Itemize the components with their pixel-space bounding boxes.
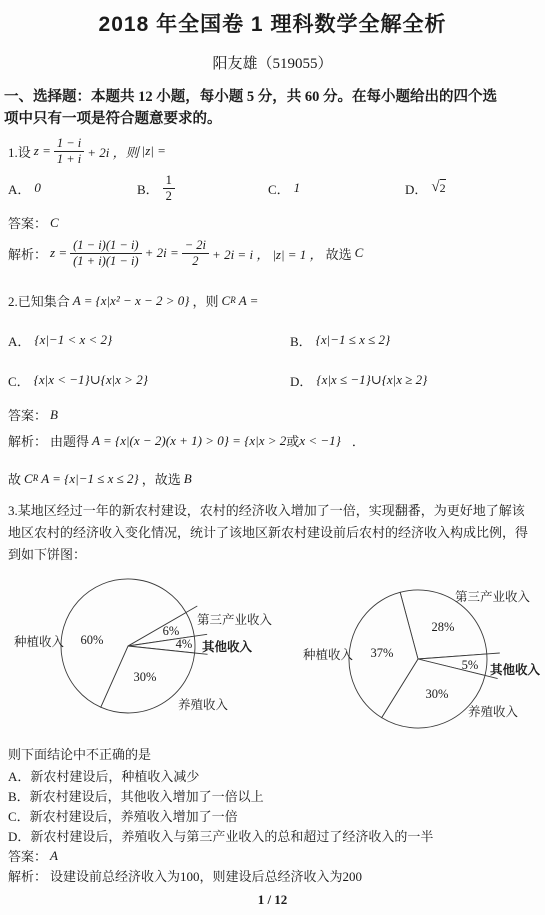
q2-exp-set1: A = {x|(x − 2)(x + 1) > 0} = {x|x > 2: [92, 433, 286, 449]
q2-exp-period: ．: [352, 431, 365, 450]
q2-exp2-set: A = {x|−1 ≤ x ≤ 2}: [41, 471, 139, 487]
pie-charts-figure: 种植收入 60% 6% 4% 30% 第三产业收入 其他收入 养殖收入 第三产业…: [0, 568, 545, 768]
q1-option-c: C． 1: [268, 168, 304, 208]
pie1-pct-planting: 60%: [81, 633, 104, 648]
q3-line3-text: 到如下饼图：: [8, 544, 86, 563]
leader-line: [186, 606, 197, 613]
q1-option-a-label: A．: [8, 179, 30, 198]
q1-options: A． 0 B． 1 2 C． 1 D． √ 2: [0, 168, 545, 208]
q1-option-b-den: 2: [163, 188, 175, 204]
pie1-label-tertiary: 第三产业收入: [197, 610, 272, 628]
q2-explanation-2: 故 CR A = {x|−1 ≤ x ≤ 2} ，故选 B: [8, 469, 195, 488]
q2-exp-pre: 由题得: [50, 431, 89, 450]
q1-fraction-den: 1 + i: [54, 151, 84, 167]
q2-option-d-value: {x|x ≤ −1}∪{x|x ≥ 2}: [316, 372, 427, 388]
q2-options-ab: A． {x|−1 < x < 2} B． {x|−1 ≤ x ≤ 2}: [0, 327, 545, 353]
q1-option-c-label: C．: [268, 179, 290, 198]
q2-option-a-value: {x|−1 < x < 2}: [34, 332, 112, 348]
pie1-label-breeding: 养殖收入: [178, 695, 228, 713]
leader-line: [487, 653, 500, 654]
q2-option-b-value: {x|−1 ≤ x ≤ 2}: [316, 332, 391, 348]
q1-exp-f1-den: (1 + i)(1 − i): [70, 253, 141, 269]
q2-options-cd: C． {x|x < −1}∪{x|x > 2} D． {x|x ≤ −1}∪{x…: [0, 367, 545, 393]
q3-line1-text: 3.某地区经过一年的新农村建设，农村的经济收入增加了一倍，实现翻番，为更好地了解…: [8, 500, 525, 519]
q1-option-d: D． √ 2: [405, 168, 450, 208]
q2-option-d-label: D．: [290, 371, 312, 390]
q1-exp-mid1: + 2i =: [145, 245, 179, 261]
q3-stem-line3: 到如下饼图：: [8, 544, 89, 563]
q1-option-b: B． 1 2: [137, 168, 179, 208]
q3-option-c-text: C．新农村建设后，养殖收入增加了一倍: [8, 806, 238, 825]
pie1-label-planting: 种植收入: [14, 632, 64, 650]
q1-exp-z: z =: [50, 245, 67, 261]
q1-explanation: 解析： z = (1 − i)(1 − i) (1 + i)(1 − i) + …: [8, 231, 366, 275]
q2-option-a: A． {x|−1 < x < 2}: [8, 327, 116, 353]
q2-option-d: D． {x|x ≤ −1}∪{x|x ≥ 2}: [290, 367, 431, 393]
q3-answer-value: A: [50, 848, 58, 864]
q2-stem-then: ，则: [193, 291, 219, 310]
page-title: 2018 年全国卷 1 理科数学全解全析: [0, 8, 545, 38]
q3-conclusion-text: 则下面结论中不正确的是: [8, 744, 151, 763]
q3-explanation-label: 解析：: [8, 866, 47, 885]
q3-explanation-text: 设建设前总经济收入为100，则建设后总经济收入为200: [50, 866, 362, 885]
q2-stem: 2.已知集合 A = {x|x² − x − 2 > 0} ，则 CR A =: [8, 291, 261, 310]
q3-line2-text: 地区农村的经济收入变化情况，统计了该地区新农村建设前后农村的经济收入构成比例，得: [8, 522, 528, 541]
q2-option-b-label: B．: [290, 331, 312, 350]
section-instructions: 一、选择题：本题共 12 小题，每小题 5 分，共 60 分。在每小题给出的四个…: [4, 86, 542, 130]
author-line: 阳友雄（519055）: [0, 52, 545, 73]
q1-exp-f2-den: 2: [182, 253, 209, 269]
q2-answer-label: 答案：: [8, 405, 47, 424]
q1-exp-tail: 故选: [326, 244, 352, 263]
q1-option-d-label: D．: [405, 179, 427, 198]
q2-answer-line: 答案： B: [8, 405, 61, 424]
q1-stem-mid: + 2i ，则: [87, 142, 138, 161]
q3-option-a-text: A．新农村建设后，种植收入减少: [8, 766, 199, 785]
q2-explanation-1: 解析： 由题得 A = {x|(x − 2)(x + 1) > 0} = {x|…: [8, 431, 368, 450]
q1-option-d-radical: √ 2: [431, 179, 445, 196]
q1-exp-abs: |z| = 1 ，: [272, 244, 322, 263]
q2-option-a-label: A．: [8, 331, 30, 350]
q1-stem-prefix: 1.设: [8, 142, 31, 161]
q2-exp2-mid: ，故选: [142, 469, 181, 488]
page-number: 1 / 12: [0, 892, 545, 908]
q2-option-c: C． {x|x < −1}∪{x|x > 2}: [8, 367, 152, 393]
q1-option-a: A． 0: [8, 168, 45, 208]
pie2-label-planting: 种植收入: [303, 645, 353, 663]
section-line2: 项中只有一项是符合题意要求的。: [4, 111, 222, 127]
pie1-pct-other: 4%: [176, 637, 193, 652]
q2-exp2-sub: R: [33, 474, 39, 483]
radicand: 2: [440, 179, 446, 196]
q2-option-c-value: {x|x < −1}∪{x|x > 2}: [34, 372, 148, 388]
q2-explanation-label: 解析：: [8, 431, 47, 450]
q3-answer-line: 答案： A: [8, 846, 61, 865]
q1-answer-value: C: [50, 215, 59, 231]
q2-exp2-pre: 故: [8, 469, 21, 488]
q3-option-b: B．新农村建设后，其他收入增加了一倍以上: [8, 786, 267, 805]
q2-complement-c: C: [222, 293, 231, 309]
q2-exp2-answer: B: [184, 471, 192, 487]
pie1-label-other: 其他收入: [202, 637, 252, 655]
q1-exp-f2-num: − 2i: [182, 238, 209, 253]
q1-option-b-label: B．: [137, 179, 159, 198]
pie2-label-tertiary: 第三产业收入: [455, 587, 530, 605]
q2-answer-value: B: [50, 407, 58, 423]
pie2-pct-other: 5%: [462, 658, 479, 673]
q2-option-b: B． {x|−1 ≤ x ≤ 2}: [290, 327, 394, 353]
q2-complement-sub: R: [230, 296, 236, 305]
q3-stem-line2: 地区农村的经济收入变化情况，统计了该地区新农村建设前后农村的经济收入构成比例，得: [8, 522, 531, 541]
q1-answer-line: 答案： C: [8, 213, 62, 232]
q2-exp2-c: C: [24, 471, 33, 487]
q2-exp-or: 或: [286, 431, 299, 450]
q3-conclusion: 则下面结论中不正确的是: [8, 744, 154, 763]
q1-exp-f1-num: (1 − i)(1 − i): [70, 238, 141, 253]
q1-stem: 1.设 z = 1 − i 1 + i + 2i ，则 |z| =: [8, 132, 169, 170]
pie2-pct-tertiary: 28%: [432, 620, 455, 635]
q2-option-c-label: C．: [8, 371, 30, 390]
q3-explanation: 解析： 设建设前总经济收入为100，则建设后总经济收入为200: [8, 866, 365, 885]
q1-exp-fraction1: (1 − i)(1 − i) (1 + i)(1 − i): [70, 238, 141, 269]
q1-fraction-num: 1 − i: [54, 136, 84, 151]
q3-answer-label: 答案：: [8, 846, 47, 865]
radical-sign: √: [431, 179, 439, 196]
q1-z-eq: z =: [34, 143, 51, 159]
q1-option-b-num: 1: [163, 173, 175, 188]
q1-answer-label: 答案：: [8, 213, 47, 232]
pie2-pct-planting: 37%: [371, 646, 394, 661]
q2-stem-a: A =: [73, 293, 93, 309]
q1-exp-mid2: + 2i = i ，: [212, 244, 269, 263]
q3-option-a: A．新农村建设后，种植收入减少: [8, 766, 202, 785]
document-page: 2018 年全国卷 1 理科数学全解全析 阳友雄（519055） 一、选择题：本…: [0, 0, 545, 915]
q2-complement-a: A =: [239, 293, 259, 309]
q3-option-d-text: D．新农村建设后，养殖收入与第三产业收入的总和超过了经济收入的一半: [8, 826, 433, 845]
q2-stem-set: {x|x² − x − 2 > 0}: [96, 293, 190, 309]
pie2-label-other: 其他收入: [490, 660, 540, 678]
section-line1: 一、选择题：本题共 12 小题，每小题 5 分，共 60 分。在每小题给出的四个…: [4, 89, 497, 105]
q3-option-d: D．新农村建设后，养殖收入与第三产业收入的总和超过了经济收入的一半: [8, 826, 436, 845]
q1-fraction: 1 − i 1 + i: [54, 136, 84, 167]
q1-option-c-value: 1: [294, 180, 301, 196]
pie2-label-breeding: 养殖收入: [468, 702, 518, 720]
q2-exp-set2: x < −1}: [299, 433, 341, 449]
q1-option-a-value: 0: [34, 180, 41, 196]
q1-exp-fraction2: − 2i 2: [182, 238, 209, 269]
q1-option-b-fraction: 1 2: [163, 173, 175, 204]
q1-exp-answer: C: [355, 245, 364, 261]
q1-explanation-label: 解析：: [8, 244, 47, 263]
q1-stem-abs: |z| =: [142, 143, 166, 159]
pie2-pct-breeding: 30%: [426, 687, 449, 702]
q3-option-c: C．新农村建设后，养殖收入增加了一倍: [8, 806, 241, 825]
leader-line: [194, 634, 207, 636]
q3-stem-line1: 3.某地区经过一年的新农村建设，农村的经济收入增加了一倍，实现翻番，为更好地了解…: [8, 500, 528, 519]
q3-option-b-text: B．新农村建设后，其他收入增加了一倍以上: [8, 786, 264, 805]
pie1-pct-breeding: 30%: [134, 670, 157, 685]
q2-stem-prefix: 2.已知集合: [8, 291, 70, 310]
